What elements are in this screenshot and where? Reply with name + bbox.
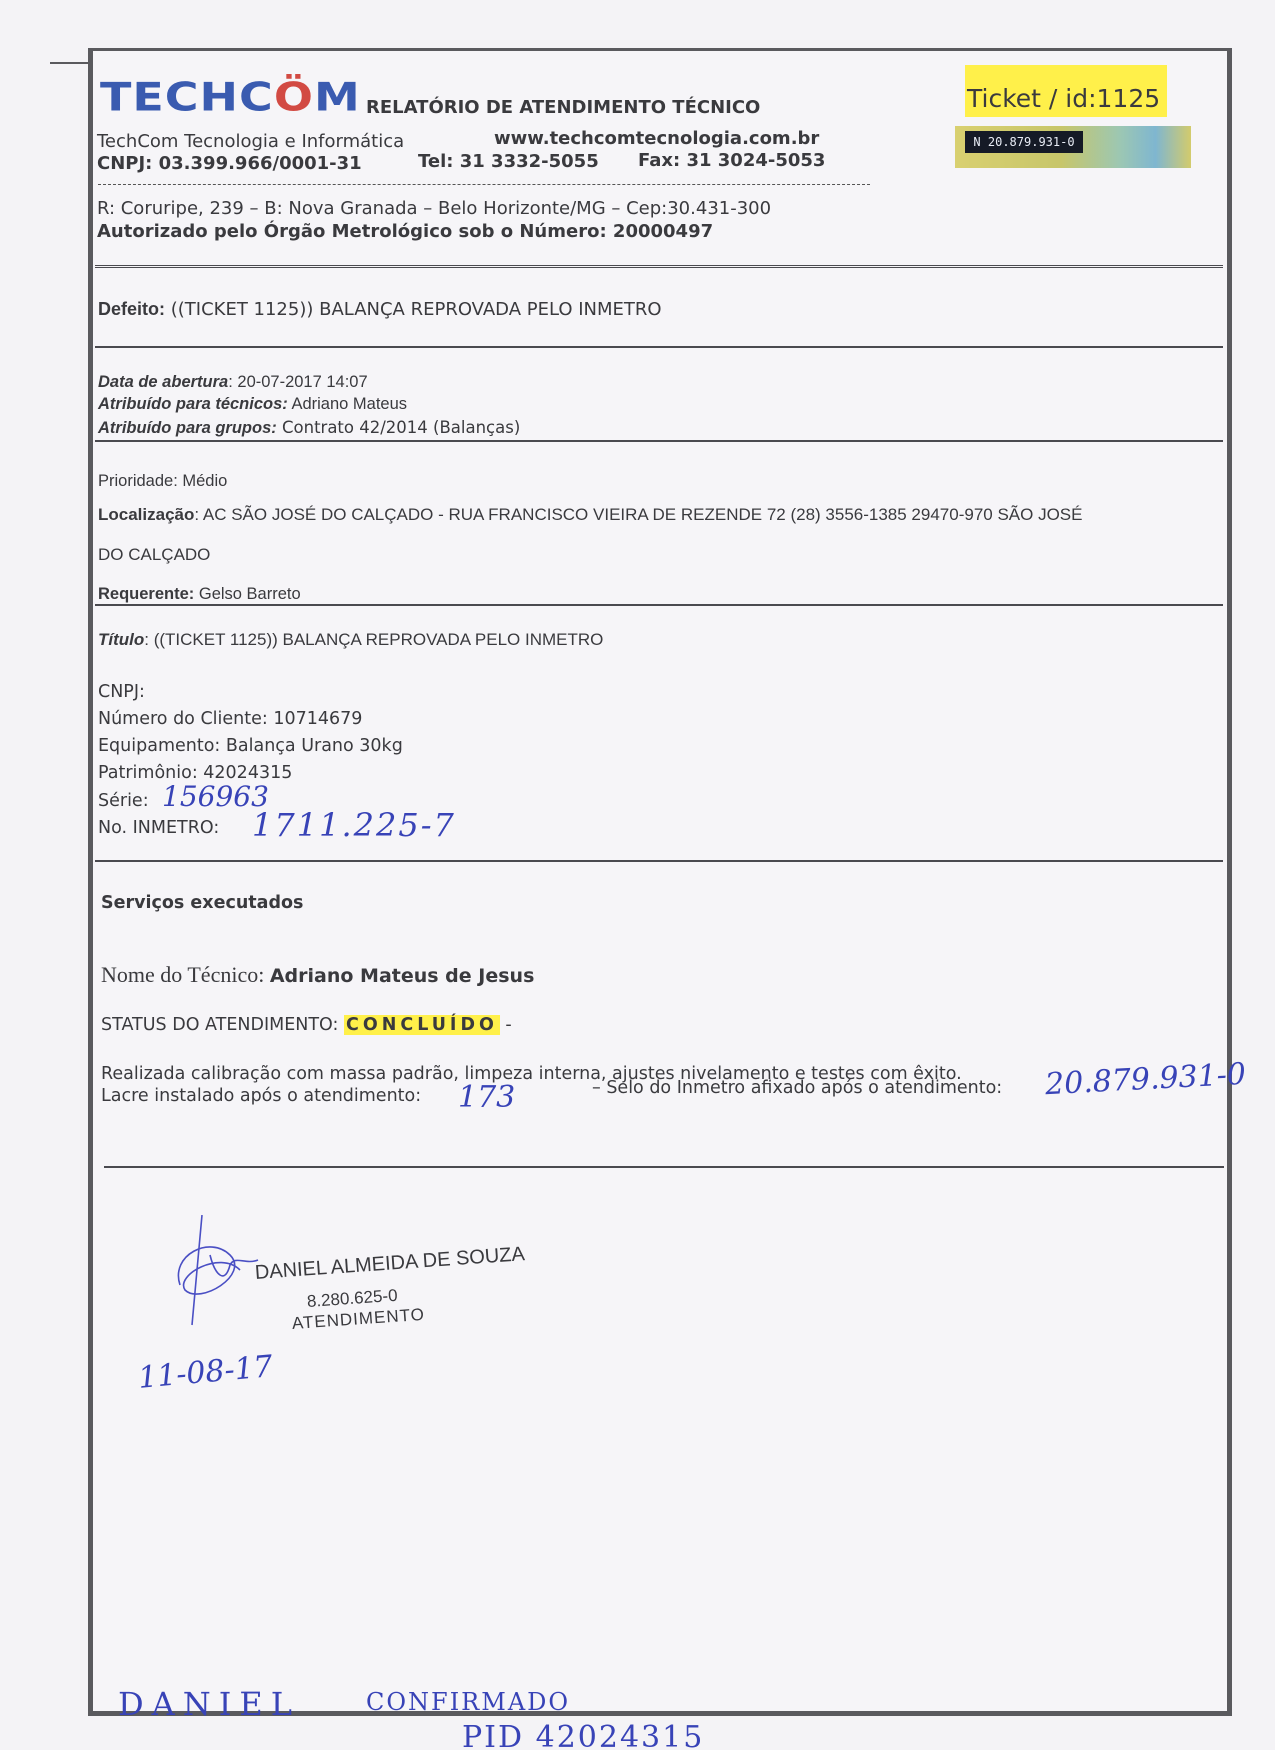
- handwritten-name: DANIEL: [118, 1685, 300, 1723]
- requester-row: Requerente: Gelso Barreto: [98, 585, 301, 604]
- inmetro-handwritten: 1711.225-7: [252, 806, 456, 844]
- handwritten-confirmed: CONFIRMADO: [366, 1688, 570, 1716]
- requester-value: Gelso Barreto: [194, 585, 300, 603]
- status-label: STATUS DO ATENDIMENTO:: [101, 1015, 344, 1035]
- location-row: Localização: AC SÃO JOSÉ DO CALÇADO - RU…: [98, 505, 1082, 525]
- location-value-continued: DO CALÇADO: [98, 545, 210, 565]
- seal-installed-label: Lacre instalado após o atendimento:: [101, 1086, 421, 1106]
- section-divider: [95, 860, 1223, 862]
- company-tel: Tel: 31 3332-5055: [418, 151, 599, 172]
- ticket-id-badge: Ticket / id:1125: [965, 65, 1167, 117]
- company-address: R: Coruripe, 239 – B: Nova Granada – Bel…: [97, 198, 771, 219]
- opened-date-label: Data de abertura: [98, 373, 228, 391]
- handwritten-pid: PID 42024315: [462, 1720, 704, 1750]
- status-badge: CONCLUÍDO: [344, 1015, 500, 1035]
- techcom-logo: TECHCÖM: [100, 74, 361, 120]
- inmetro-label: No. INMETRO:: [98, 818, 219, 838]
- cnpj-field: CNPJ:: [98, 682, 145, 702]
- company-cnpj: CNPJ: 03.399.966/0001-31: [97, 153, 362, 174]
- seal-installed-handwritten: 173: [458, 1080, 515, 1115]
- groups-value: Contrato 42/2014 (Balanças): [277, 418, 521, 437]
- groups-row: Atribuído para grupos: Contrato 42/2014 …: [98, 418, 520, 438]
- title-value: : ((TICKET 1125)) BALANÇA REPROVADA PELO…: [144, 630, 603, 649]
- status-row: STATUS DO ATENDIMENTO: CONCLUÍDO -: [101, 1015, 512, 1035]
- client-number: Número do Cliente: 10714679: [98, 709, 362, 729]
- technicians-label: Atribuído para técnicos:: [98, 395, 288, 413]
- title-row: Título: ((TICKET 1125)) BALANÇA REPROVAD…: [98, 630, 603, 650]
- services-heading: Serviços executados: [101, 893, 303, 913]
- signature-scribble: [170, 1215, 260, 1335]
- opened-date-value: : 20-07-2017 14:07: [228, 373, 367, 391]
- technicians-value: Adriano Mateus: [288, 395, 407, 413]
- inmetro-seal-label: – Selo do Inmetro afixado após o atendim…: [592, 1078, 1002, 1098]
- technicians-row: Atribuído para técnicos: Adriano Mateus: [98, 395, 407, 414]
- section-divider: [95, 265, 1223, 270]
- location-label: Localização: [98, 505, 194, 524]
- serie-label: Série:: [98, 791, 149, 811]
- status-suffix: -: [500, 1015, 512, 1035]
- groups-label: Atribuído para grupos:: [98, 419, 277, 437]
- equipment-name: Equipamento: Balança Urano 30kg: [98, 736, 403, 756]
- section-divider: [95, 440, 1223, 442]
- company-fax: Fax: 31 3024-5053: [638, 150, 825, 171]
- authorization-number: Autorizado pelo Órgão Metrológico sob o …: [97, 221, 713, 242]
- company-website[interactable]: www.techcomtecnologia.com.br: [494, 128, 819, 149]
- defect-row: Defeito: ((TICKET 1125)) BALANÇA REPROVA…: [98, 299, 662, 320]
- section-divider: [95, 346, 1223, 348]
- technician-label: Nome do Técnico:: [101, 962, 270, 987]
- inmetro-seal-sticker: N 20.879.931-0: [955, 126, 1191, 168]
- location-value: : AC SÃO JOSÉ DO CALÇADO - RUA FRANCISCO…: [194, 505, 1082, 524]
- power-icon: Ö: [274, 74, 314, 120]
- technician-row: Nome do Técnico: Adriano Mateus de Jesus: [101, 962, 534, 988]
- defect-label: Defeito:: [98, 299, 165, 319]
- section-divider: [104, 1166, 1224, 1168]
- company-name: TechCom Tecnologia e Informática: [97, 131, 404, 152]
- opened-date-row: Data de abertura: 20-07-2017 14:07: [98, 373, 368, 392]
- priority: Prioridade: Médio: [98, 472, 227, 491]
- requester-label: Requerente:: [98, 585, 194, 603]
- defect-value: ((TICKET 1125)) BALANÇA REPROVADA PELO I…: [165, 299, 662, 320]
- technician-value: Adriano Mateus de Jesus: [270, 965, 535, 987]
- header-divider: [98, 184, 870, 185]
- title-label: Título: [98, 630, 144, 649]
- seal-number: N 20.879.931-0: [965, 131, 1083, 153]
- section-divider: [95, 604, 1223, 606]
- report-title: RELATÓRIO DE ATENDIMENTO TÉCNICO: [366, 97, 760, 118]
